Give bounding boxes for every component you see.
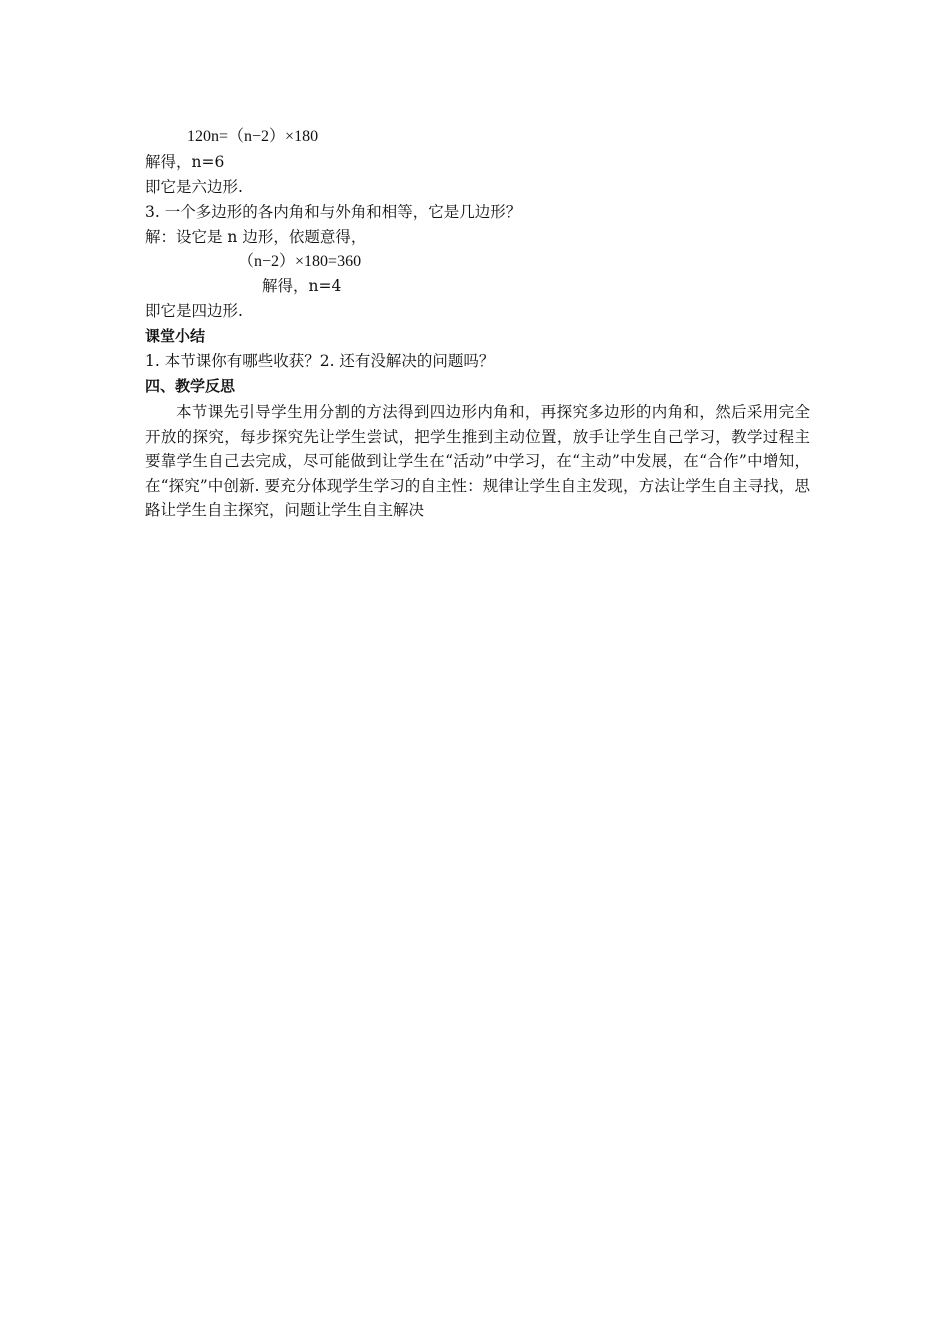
solution-1: 解得，n=6 — [145, 152, 224, 172]
reflection-heading: 四、教学反思 — [145, 376, 235, 396]
solution-3-intro: 解：设它是 n 边形，依题意得， — [145, 227, 366, 247]
reflection-paragraph: 本节课先引导学生用分割的方法得到四边形内角和，再探究多边形的内角和，然后采用完全… — [145, 400, 810, 523]
equation-1: 120n=（n−2）×180 — [187, 127, 318, 147]
conclusion-1: 即它是六边形. — [145, 177, 243, 197]
summary-questions: 1. 本节课你有哪些收获？2. 还有没解决的问题吗？ — [145, 351, 494, 371]
conclusion-2: 即它是四边形. — [145, 301, 243, 321]
equation-2: （n−2）×180=360 — [238, 252, 361, 272]
summary-heading: 课堂小结 — [145, 326, 205, 346]
question-3: 3. 一个多边形的各内角和与外角和相等，它是几边形？ — [145, 202, 521, 222]
solution-2: 解得，n=4 — [262, 276, 341, 296]
